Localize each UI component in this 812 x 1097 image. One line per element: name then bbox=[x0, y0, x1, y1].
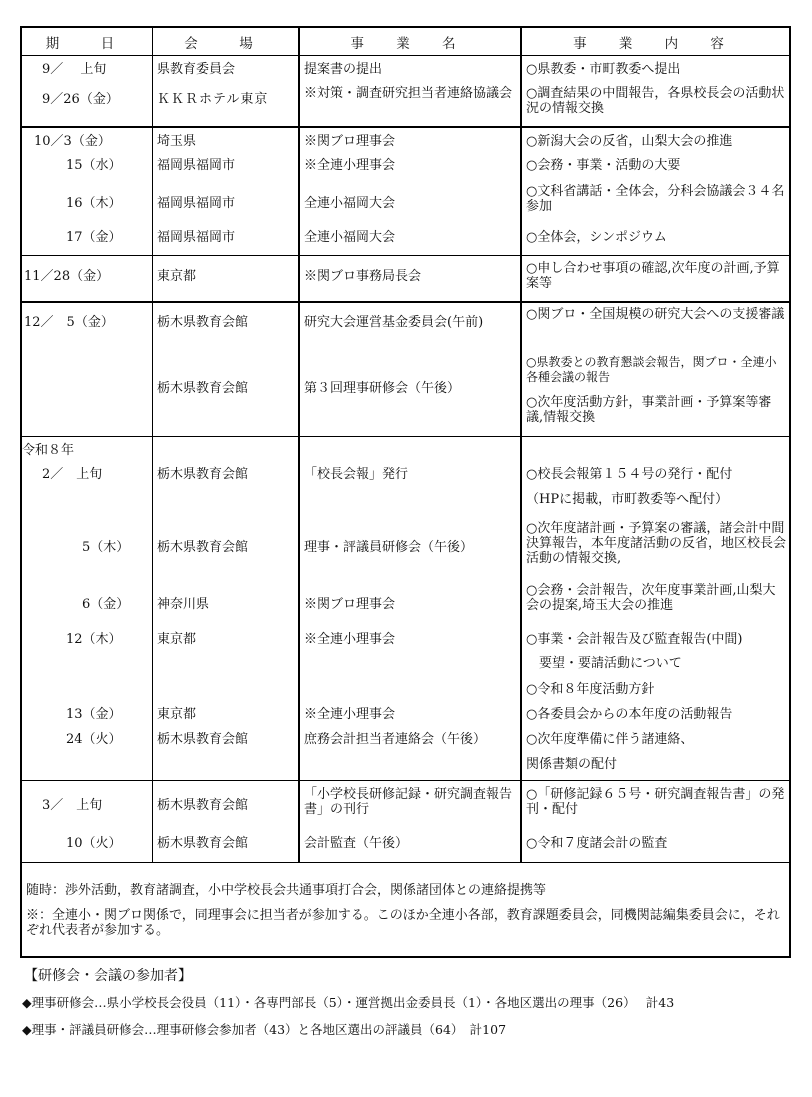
date-cell: 11／28（金） bbox=[24, 269, 149, 284]
event-content-cell: ○県教委・市町教委へ提出 bbox=[526, 62, 786, 77]
venue-cell: 栃木県教育会館 bbox=[157, 798, 295, 813]
table-group-september: 9／ 上旬 9／26（金） 県教育委員会 ＫＫＲホテル東京 提案書の提出 ※対策… bbox=[22, 56, 789, 128]
event-name-cell: 庶務会計担当者連絡会（午後） bbox=[304, 732, 517, 747]
event-content-cell: ○事業・会計報告及び監査報告(中間) bbox=[526, 632, 786, 647]
venue-cell: 福岡県福岡市 bbox=[157, 158, 295, 173]
event-name-cell: ※全連小理事会 bbox=[304, 632, 517, 647]
event-name-cell: 提案書の提出 bbox=[304, 62, 517, 77]
header-event-name: 事 業 名 bbox=[300, 28, 522, 55]
event-content-cell: ○「研修記録６５号・研究調査報告書」の発刊・配付 bbox=[526, 787, 786, 817]
header-event-content: 事 業 内 容 bbox=[522, 28, 789, 55]
date-cell: 9／ 上旬 bbox=[42, 62, 149, 77]
table-group-march: 3／ 上旬 10（火） 栃木県教育会館 栃木県教育会館 「小学校長研修記録・研究… bbox=[22, 781, 789, 863]
event-content-cell: ○会務・会計報告，次年度事業計画,山梨大会の提案,埼玉大会の推進 bbox=[526, 583, 786, 613]
event-name-cell: 第３回理事研修会（午後） bbox=[304, 381, 517, 396]
event-content-cell: ○文科省講話・全体会，分科会協議会３４名参加 bbox=[526, 184, 786, 214]
table-group-february: 令和８年 2／ 上旬 5（木） 6（金） 12（木） 13（金） 24（火） 栃… bbox=[22, 437, 789, 781]
venue-cell: 県教育委員会 bbox=[157, 62, 295, 77]
event-content-cell: ○調査結果の中間報告，各県校長会の活動状況の情報交換 bbox=[526, 86, 786, 116]
date-cell: 10／3（金） bbox=[34, 134, 149, 149]
event-name-cell: ※関ブロ理事会 bbox=[304, 134, 517, 149]
venue-cell: 福岡県福岡市 bbox=[157, 196, 295, 211]
event-content-cell: ○令和８年度活動方針 bbox=[526, 682, 786, 697]
date-cell: 16（木） bbox=[66, 196, 149, 211]
date-cell: 12（木） bbox=[66, 632, 149, 647]
event-name-cell: 研究大会運営基金委員会(午前) bbox=[304, 315, 517, 330]
event-content-cell: ○県教委との教育懇談会報告，関ブロ・全連小各種会議の報告 bbox=[526, 355, 786, 385]
event-content-cell: 関係書類の配付 bbox=[526, 757, 786, 772]
event-name-cell: ※関ブロ理事会 bbox=[304, 597, 517, 612]
event-content-cell: ○全体会，シンポジウム bbox=[526, 230, 786, 245]
event-name-cell: 「小学校長研修記録・研究調査報告書」の刊行 bbox=[304, 787, 517, 817]
event-content-cell: ○次年度諸計画・予算案の審議，諸会計中間決算報告，本年度諸活動の反省，地区校長会… bbox=[526, 521, 786, 566]
header-date: 期 日 bbox=[22, 28, 153, 55]
event-content-cell: ○次年度準備に伴う諸連絡、 bbox=[526, 732, 786, 747]
event-content-cell: （HPに掲載，市町教委等へ配付） bbox=[526, 492, 786, 507]
venue-cell: 福岡県福岡市 bbox=[157, 230, 295, 245]
table-group-october: 10／3（金） 15（水） 16（木） 17（金） 埼玉県 福岡県福岡市 福岡県… bbox=[22, 128, 789, 256]
venue-cell: 栃木県教育会館 bbox=[157, 836, 295, 851]
event-name-cell: 会計監査（午後） bbox=[304, 836, 517, 851]
date-cell: 12／ 5（金） bbox=[24, 315, 149, 330]
date-cell: 9／26（金） bbox=[42, 92, 149, 107]
date-cell: 17（金） bbox=[66, 230, 149, 245]
date-cell: 6（金） bbox=[82, 597, 149, 612]
event-content-cell: ○関ブロ・全国規模の研究大会への支援審議 bbox=[526, 307, 786, 322]
table-group-november: 11／28（金） 東京都 ※関ブロ事務局長会 ○申し合わせ事項の確認,次年度の計… bbox=[22, 256, 789, 303]
table-group-december: 12／ 5（金） 栃木県教育会館 栃木県教育会館 研究大会運営基金委員会(午前)… bbox=[22, 303, 789, 437]
venue-cell: 栃木県教育会館 bbox=[157, 467, 295, 482]
note-anytime: 随時：渉外活動，教育諸調査，小中学校長会共通事項打合会，関係諸団体との連絡提携等 bbox=[26, 883, 781, 898]
venue-cell: 栃木県教育会館 bbox=[157, 315, 295, 330]
event-content-cell: ○新潟大会の反省，山梨大会の推進 bbox=[526, 134, 786, 149]
venue-cell: 東京都 bbox=[157, 707, 295, 722]
date-cell: 3／ 上旬 bbox=[42, 798, 149, 813]
participants-line-council-training: ◆理事・評議員研修会…理事研修会参加者（43）と各地区選出の評議員（64） 計1… bbox=[22, 1020, 506, 1038]
venue-cell: 栃木県教育会館 bbox=[157, 381, 295, 396]
year-label: 令和８年 bbox=[22, 443, 149, 458]
event-content-cell: ○会務・事業・活動の大要 bbox=[526, 158, 786, 173]
event-name-cell: 理事・評議員研修会（午後） bbox=[304, 540, 517, 555]
date-cell: 15（水） bbox=[66, 158, 149, 173]
event-name-cell: ※全連小理事会 bbox=[304, 707, 517, 722]
venue-cell: ＫＫＲホテル東京 bbox=[157, 92, 295, 107]
date-cell: 13（金） bbox=[66, 707, 149, 722]
venue-cell: 埼玉県 bbox=[157, 134, 295, 149]
venue-cell: 栃木県教育会館 bbox=[157, 540, 295, 555]
event-name-cell: 全連小福岡大会 bbox=[304, 230, 517, 245]
event-name-cell: ※全連小理事会 bbox=[304, 158, 517, 173]
event-name-cell: 「校長会報」発行 bbox=[304, 467, 517, 482]
participants-title: 【研修会・会議の参加者】 bbox=[24, 965, 192, 985]
event-content-cell: ○次年度活動方針，事業計画・予算案等審議,情報交換 bbox=[526, 395, 786, 425]
venue-cell: 東京都 bbox=[157, 269, 295, 284]
event-content-cell: 要望・要請活動について bbox=[526, 656, 786, 671]
date-cell: 10（火） bbox=[66, 836, 149, 851]
document-page: 期 日 会 場 事 業 名 事 業 内 容 9／ 上旬 9／26（金） 県教育委… bbox=[0, 0, 812, 1097]
event-content-cell: ○申し合わせ事項の確認,次年度の計画,予算案等 bbox=[526, 261, 786, 291]
venue-cell: 神奈川県 bbox=[157, 597, 295, 612]
header-venue: 会 場 bbox=[153, 28, 300, 55]
table-notes: 随時：渉外活動，教育諸調査，小中学校長会共通事項打合会，関係諸団体との連絡提携等… bbox=[22, 863, 789, 956]
schedule-table: 期 日 会 場 事 業 名 事 業 内 容 9／ 上旬 9／26（金） 県教育委… bbox=[20, 26, 791, 958]
event-content-cell: ○令和７度諸会計の監査 bbox=[526, 836, 786, 851]
event-content-cell: ○校長会報第１５４号の発行・配付 bbox=[526, 467, 786, 482]
venue-cell: 東京都 bbox=[157, 632, 295, 647]
date-cell: 5（木） bbox=[82, 540, 149, 555]
note-asterisk: ※：全連小・関ブロ関係で，同理事会に担当者が参加する。このほか全連小各部，教育課… bbox=[26, 908, 781, 938]
date-cell: 24（火） bbox=[66, 732, 149, 747]
event-name-cell: ※対策・調査研究担当者連絡協議会 bbox=[304, 86, 517, 101]
date-cell: 2／ 上旬 bbox=[42, 467, 149, 482]
venue-cell: 栃木県教育会館 bbox=[157, 732, 295, 747]
participants-line-board-training: ◆理事研修会…県小学校長会役員（11）・各専門部長（5）・運営拠出金委員長（1）… bbox=[22, 993, 674, 1011]
table-header-row: 期 日 会 場 事 業 名 事 業 内 容 bbox=[22, 28, 789, 56]
event-content-cell: ○各委員会からの本年度の活動報告 bbox=[526, 707, 786, 722]
event-name-cell: 全連小福岡大会 bbox=[304, 196, 517, 211]
event-name-cell: ※関ブロ事務局長会 bbox=[304, 269, 517, 284]
